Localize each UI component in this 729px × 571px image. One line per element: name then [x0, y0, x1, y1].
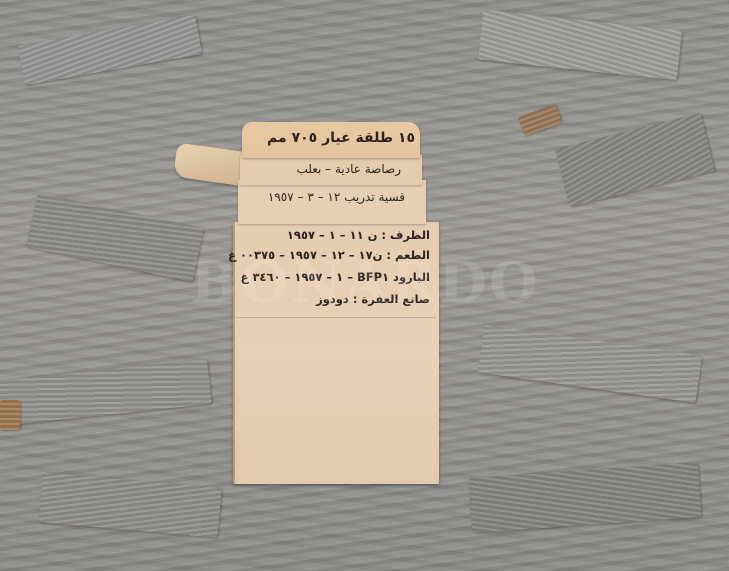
watermark: BONARDO	[190, 250, 540, 316]
top-label-line3: قسية تدريب ١٢ – ٣ – ١٩٥٧	[255, 190, 405, 204]
top-label-line2: رصاصة عادية – بعلب	[255, 162, 401, 176]
label-divider	[236, 317, 436, 318]
main-label-line1: الظرف : ن ١١ – ١ – ١٩٥٧	[265, 228, 430, 242]
top-label-line1: ١٥ طلقة عيار ٧٠٥ مم	[255, 130, 415, 146]
